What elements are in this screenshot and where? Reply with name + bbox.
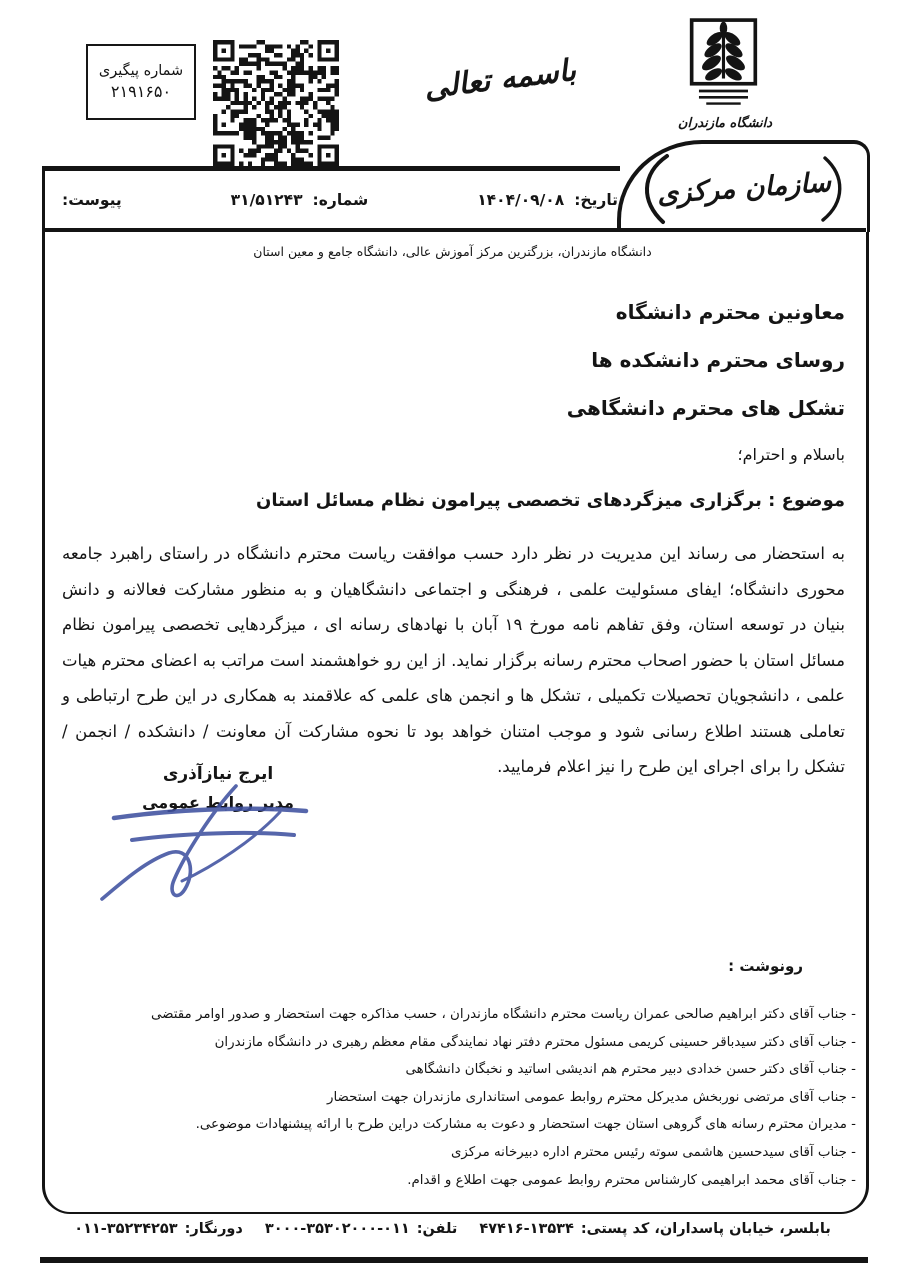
cc-item: - جناب آقای دکتر سیدباقر حسینی کریمی مسئ… bbox=[110, 1029, 856, 1057]
bismillah-calligraphy: باسمه تعالی bbox=[396, 30, 604, 128]
body-line: محوری دانشگاه؛ ایفای مسئولیت علمی ، فرهن… bbox=[62, 572, 845, 608]
university-logo-icon bbox=[686, 18, 762, 114]
body-line: علمی ، دانشجویان تحصیلات تکمیلی ، تشکل ه… bbox=[62, 678, 845, 714]
letter-number-field: شماره: ۳۱/۵۱۲۴۳ bbox=[231, 191, 369, 209]
footer-fax: دورنگار: ۰۱۱-۳۵۲۳۴۲۵۳ bbox=[74, 1221, 243, 1237]
body-line: تعاملی هستند اطلاع رسانی شود و موجب امتن… bbox=[62, 714, 845, 750]
tracking-label: شماره پیگیری bbox=[99, 63, 183, 79]
cc-item: - جناب آقای محمد ابراهیمی کارشناس محترم … bbox=[110, 1167, 856, 1195]
address-label: بابلسر، خیابان پاسداران، کد پستی: bbox=[581, 1221, 831, 1237]
letter-body: به استحضار می رساند این مدیریت در نظر دا… bbox=[62, 536, 845, 785]
letter-meta-row: تاریخ: ۱۴۰۴/۰۹/۰۸ شماره: ۳۱/۵۱۲۴۳ پیوست: bbox=[62, 180, 618, 220]
date-value: ۱۴۰۴/۰۹/۰۸ bbox=[477, 191, 564, 209]
recipient-line: تشکل های محترم دانشگاهی bbox=[567, 384, 845, 432]
cc-item: - جناب آقای مرتضی نوربخش مدیرکل محترم رو… bbox=[110, 1084, 856, 1112]
cc-item: - جناب آقای سیدحسین هاشمی سوته رئیس محتر… bbox=[110, 1139, 856, 1167]
date-label: تاریخ: bbox=[574, 191, 618, 209]
letter-number-label: شماره: bbox=[313, 191, 369, 209]
recipient-line: معاونین محترم دانشگاه bbox=[567, 288, 845, 336]
letter-number-value: ۳۱/۵۱۲۴۳ bbox=[231, 191, 303, 209]
footer-address: بابلسر، خیابان پاسداران، کد پستی: ۴۷۴۱۶-… bbox=[479, 1221, 830, 1237]
attachment-field: پیوست: bbox=[62, 191, 122, 209]
central-organization-title: سازمان مرکزی bbox=[656, 166, 832, 209]
central-organization-banner: سازمان مرکزی bbox=[617, 140, 870, 232]
cc-label: رونوشت : bbox=[728, 957, 803, 975]
fax-label: دورنگار: bbox=[185, 1221, 243, 1237]
subject-line: موضوع : برگزاری میزگردهای تخصصی پیرامون … bbox=[256, 490, 845, 511]
logo-university-name: دانشگاه مازندران bbox=[655, 116, 795, 131]
cc-list: - جناب آقای دکتر ابراهیم صالحی عمران ریا… bbox=[110, 1001, 856, 1194]
cc-item: - جناب آقای دکتر حسن خدادی دبیر محترم هم… bbox=[110, 1056, 856, 1084]
handwritten-signature bbox=[84, 778, 340, 906]
body-line: بنیان در توسعه استان، وفق تفاهم نامه مور… bbox=[62, 607, 845, 643]
body-line: مسائل استان با حضور اصحاب محترم رسانه بر… bbox=[62, 643, 845, 679]
cc-item: - جناب آقای دکتر ابراهیم صالحی عمران ریا… bbox=[110, 1001, 856, 1029]
official-letter-page: شماره پیگیری ۲۱۹۱۶۵۰ باسمه تعالی دانشگاه… bbox=[0, 0, 905, 1280]
mid-rule bbox=[42, 228, 866, 232]
footer-contact-row: بابلسر، خیابان پاسداران، کد پستی: ۴۷۴۱۶-… bbox=[40, 1221, 865, 1237]
footer-phone: تلفن: ۳۰۰۰-۳۵۳۰۲۰۰۰-۰۱۱ bbox=[265, 1221, 457, 1237]
tracking-number: ۲۱۹۱۶۵۰ bbox=[111, 82, 171, 101]
qr-code bbox=[213, 40, 339, 166]
cc-item: - مدیران محترم رسانه های گروهی استان جهت… bbox=[110, 1111, 856, 1139]
recipients-block: معاونین محترم دانشگاه روسای محترم دانشکد… bbox=[567, 288, 845, 432]
bottom-rule bbox=[40, 1257, 868, 1263]
body-line: به استحضار می رساند این مدیریت در نظر دا… bbox=[62, 536, 845, 572]
postal-code: ۴۷۴۱۶-۱۳۵۳۴ bbox=[479, 1221, 574, 1237]
recipient-line: روسای محترم دانشکده ها bbox=[567, 336, 845, 384]
tracking-number-box: شماره پیگیری ۲۱۹۱۶۵۰ bbox=[86, 44, 196, 120]
university-tagline: دانشگاه مازندران، بزرگترین مرکز آموزش عا… bbox=[100, 244, 805, 259]
fax-number: ۰۱۱-۳۵۲۳۴۲۵۳ bbox=[74, 1221, 177, 1237]
date-field: تاریخ: ۱۴۰۴/۰۹/۰۸ bbox=[477, 191, 618, 209]
phone-label: تلفن: bbox=[417, 1221, 458, 1237]
attachment-label: پیوست: bbox=[62, 191, 122, 209]
phone-number: ۳۰۰۰-۳۵۳۰۲۰۰۰-۰۱۱ bbox=[265, 1221, 410, 1237]
salutation: باسلام و احترام؛ bbox=[737, 445, 845, 464]
